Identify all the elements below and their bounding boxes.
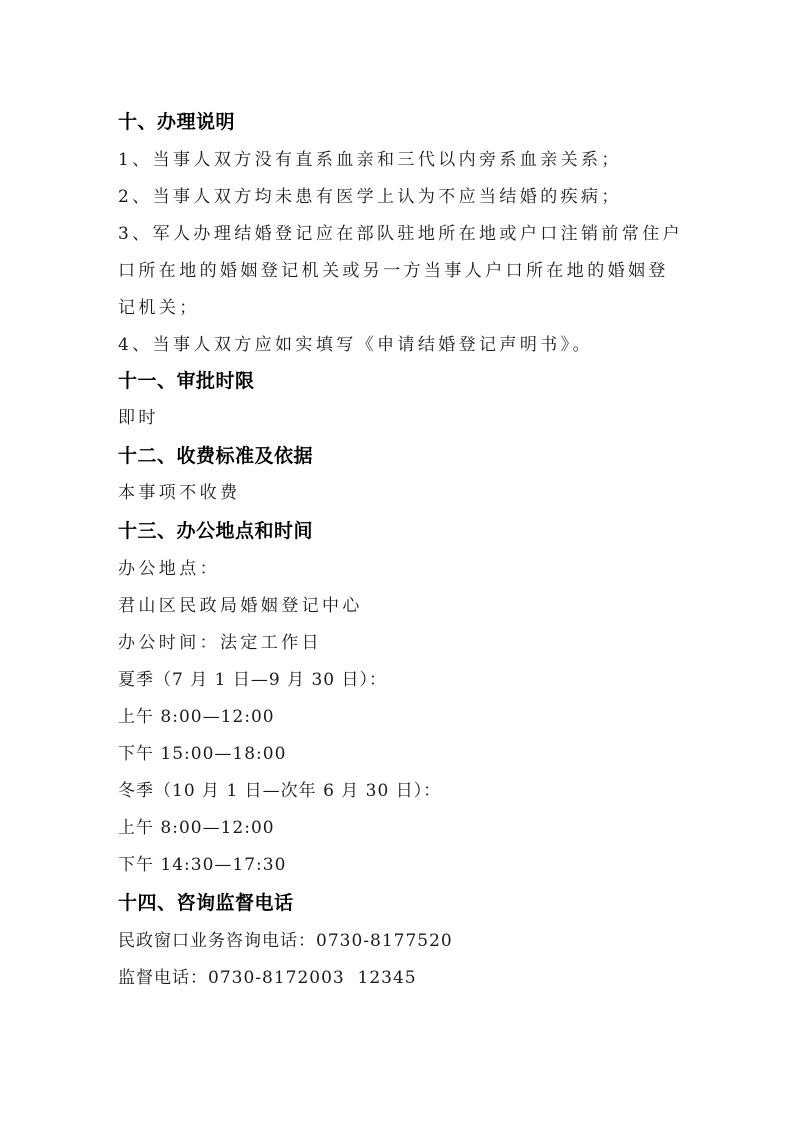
fee-standard-value: 本事项不收费 bbox=[118, 480, 240, 506]
section-heading-approval-time-limit: 十一、审批时限 bbox=[118, 368, 255, 394]
office-location-label: 办公地点： bbox=[118, 556, 220, 582]
section-heading-handling-instructions: 十、办理说明 bbox=[118, 109, 235, 135]
section-heading-fee-standard: 十二、收费标准及依据 bbox=[118, 443, 313, 469]
office-hours-label: 办公时间：法定工作日 bbox=[118, 630, 322, 656]
section-heading-consultation-phone: 十四、咨询监督电话 bbox=[118, 890, 294, 916]
approval-time-limit-value: 即时 bbox=[118, 405, 159, 431]
instruction-item-3-line-1: 3、军人办理结婚登记应在部队驻地所在地或户口注销前常住户 bbox=[118, 221, 683, 247]
instruction-item-4: 4、当事人双方应如实填写《申请结婚登记声明书》。 bbox=[118, 332, 593, 358]
instruction-item-1: 1、当事人双方没有直系血亲和三代以内旁系血亲关系； bbox=[118, 147, 622, 173]
winter-season-label: 冬季（10 月 1 日—次年 6 月 30 日）： bbox=[118, 778, 441, 804]
section-heading-office-location-hours: 十三、办公地点和时间 bbox=[118, 518, 313, 544]
consultation-phone: 民政窗口业务咨询电话：0730-8177520 bbox=[118, 928, 453, 954]
office-location-value: 君山区民政局婚姻登记中心 bbox=[118, 593, 363, 619]
supervision-phone: 监督电话：0730-8172003 12345 bbox=[118, 965, 417, 991]
instruction-item-3-line-2: 口所在地的婚姻登记机关或另一方当事人户口所在地的婚姻登 bbox=[118, 258, 669, 284]
summer-afternoon-hours: 下午 15:00—18:00 bbox=[118, 741, 286, 767]
winter-morning-hours: 上午 8:00—12:00 bbox=[118, 815, 275, 841]
winter-afternoon-hours: 下午 14:30—17:30 bbox=[118, 852, 286, 878]
instruction-item-2: 2、当事人双方均未患有医学上认为不应当结婚的疾病； bbox=[118, 184, 622, 210]
summer-season-label: 夏季（7 月 1 日—9 月 30 日）： bbox=[118, 667, 387, 693]
summer-morning-hours: 上午 8:00—12:00 bbox=[118, 704, 275, 730]
instruction-item-3-line-3: 记机关； bbox=[118, 295, 200, 321]
